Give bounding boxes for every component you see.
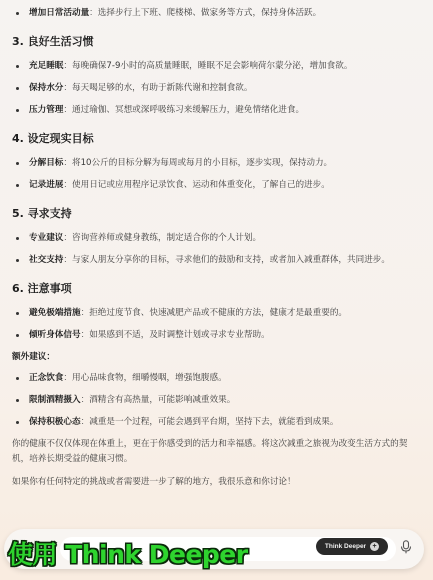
item-text: 将10公斤的目标分解为每周或每月的小目标，逐步实现，保持动力。 [72,158,332,168]
item-term: 正念饮食 [29,373,63,383]
think-deeper-button[interactable]: Think Deeper + [316,538,388,555]
section-heading-notes: 6. 注意事项 [12,282,419,296]
list-item: 倾听身体信号：如果感到不适，及时调整计划或寻求专业帮助。 [12,328,419,343]
notes-list: 避免极端措施：拒绝过度节食、快速减肥产品或不健康的方法，健康才是最重要的。 倾听… [12,306,419,343]
item-text: 通过瑜伽、冥想或深呼吸练习来缓解压力，避免情绪化进食。 [72,105,304,115]
item-text: 咨询营养师或健身教练，制定适合你的个人计划。 [72,233,261,243]
list-item: 保持水分：每天喝足够的水，有助于新陈代谢和控制食欲。 [12,81,419,96]
item-term: 专业建议 [29,233,63,243]
list-item: 充足睡眠：每晚确保7-9小时的高质量睡眠，睡眠不足会影响荷尔蒙分泌，增加食欲。 [12,59,419,74]
list-item: 避免极端措施：拒绝过度节食、快速减肥产品或不健康的方法，健康才是最重要的。 [12,306,419,321]
list-item: 记录进展：使用日记或应用程序记录饮食、运动和体重变化，了解自己的进步。 [12,178,419,193]
item-term: 倾听身体信号 [29,330,81,340]
item-term: 压力管理 [29,105,63,115]
list-item: 压力管理：通过瑜伽、冥想或深呼吸练习来缓解压力，避免情绪化进食。 [12,103,419,118]
item-text: 酒精含有高热量，可能影响减重效果。 [89,395,235,405]
item-text: 拒绝过度节食、快速减肥产品或不健康的方法，健康才是最重要的。 [89,308,347,318]
overlay-caption: 使用 Think Deeper [8,535,248,571]
closing-paragraph: 你的健康不仅仅体现在体重上，更在于你感受到的活力和幸福感。将这次减重之旅视为改变… [12,437,419,467]
list-item: 专业建议：咨询营养师或健身教练，制定适合你的个人计划。 [12,231,419,246]
item-term: 社交支持 [29,255,63,265]
list-item: 限制酒精摄入：酒精含有高热量，可能影响减重效果。 [12,393,419,408]
item-text: 减重是一个过程，可能会遇到平台期，坚持下去，就能看到成果。 [89,417,338,427]
plus-circle-icon: + [370,542,379,551]
microphone-icon[interactable] [400,540,412,554]
item-text: 使用日记或应用程序记录饮食、运动和体重变化，了解自己的进步。 [72,180,330,190]
item-term: 限制酒精摄入 [29,395,81,405]
list-item: 分解目标：将10公斤的目标分解为每周或每月的小目标，逐步实现，保持动力。 [12,156,419,171]
chat-response: 增加日常活动量：选择步行上下班、爬楼梯、做家务等方式，保持身体活跃。 3. 良好… [0,0,433,498]
item-text: 选择步行上下班、爬楼梯、做家务等方式，保持身体活跃。 [98,8,321,18]
item-term: 充足睡眠 [29,61,63,71]
habits-list: 充足睡眠：每晚确保7-9小时的高质量睡眠，睡眠不足会影响荷尔蒙分泌，增加食欲。 … [12,59,419,118]
list-item: 保持积极心态：减重是一个过程，可能会遇到平台期，坚持下去，就能看到成果。 [12,415,419,430]
extra-tips-label: 额外建议： [12,350,419,362]
think-deeper-label: Think Deeper [325,543,366,550]
item-term: 避免极端措施 [29,308,81,318]
goals-list: 分解目标：将10公斤的目标分解为每周或每月的小目标，逐步实现，保持动力。 记录进… [12,156,419,193]
item-text: 每天喝足够的水，有助于新陈代谢和控制食欲。 [72,83,252,93]
closing-question: 如果你有任何特定的挑战或者需要进一步了解的地方，我很乐意和你讨论！ [12,475,419,490]
extra-tips-list: 正念饮食：用心品味食物，细嚼慢咽，增强饱腹感。 限制酒精摄入：酒精含有高热量，可… [12,371,419,430]
support-list: 专业建议：咨询营养师或健身教练，制定适合你的个人计划。 社交支持：与家人朋友分享… [12,231,419,268]
item-term: 保持水分 [29,83,63,93]
item-term: 增加日常活动量 [29,8,89,18]
item-term: 保持积极心态 [29,417,81,427]
item-text: 用心品味食物，细嚼慢咽，增强饱腹感。 [72,373,227,383]
section-heading-habits: 3. 良好生活习惯 [12,35,419,49]
activity-list: 增加日常活动量：选择步行上下班、爬楼梯、做家务等方式，保持身体活跃。 [12,6,419,21]
item-text: 如果感到不适，及时调整计划或寻求专业帮助。 [89,330,269,340]
section-heading-support: 5. 寻求支持 [12,207,419,221]
list-item: 增加日常活动量：选择步行上下班、爬楼梯、做家务等方式，保持身体活跃。 [12,6,419,21]
list-item: 社交支持：与家人朋友分享你的目标，寻求他们的鼓励和支持，或者加入减重群体，共同进… [12,253,419,268]
item-term: 分解目标 [29,158,63,168]
item-text: 每晚确保7-9小时的高质量睡眠，睡眠不足会影响荷尔蒙分泌，增加食欲。 [72,61,352,71]
section-heading-goals: 4. 设定现实目标 [12,132,419,146]
item-text: 与家人朋友分享你的目标，寻求他们的鼓励和支持，或者加入减重群体，共同进步。 [72,255,390,265]
item-term: 记录进展 [29,180,63,190]
list-item: 正念饮食：用心品味食物，细嚼慢咽，增强饱腹感。 [12,371,419,386]
